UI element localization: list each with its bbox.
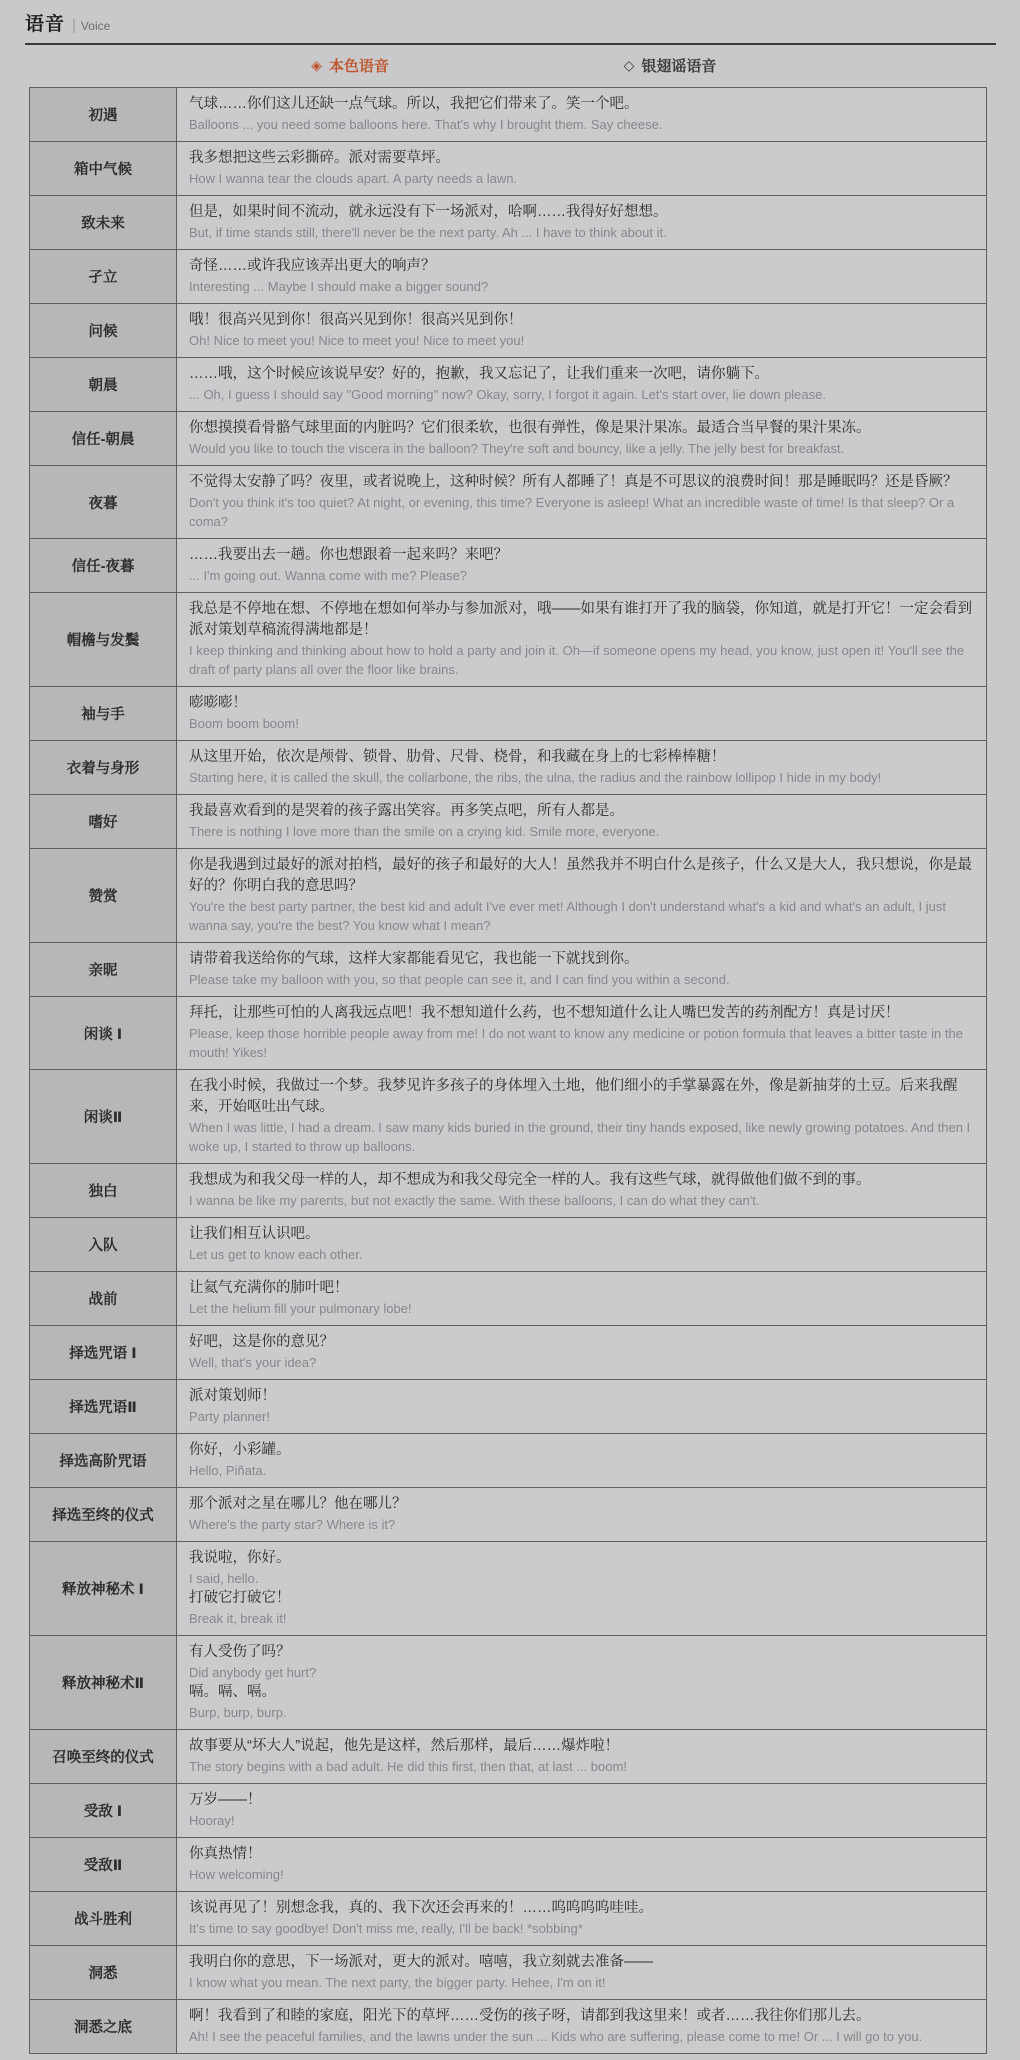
line-en: There is nothing I love more than the sm… <box>189 822 974 841</box>
row-label: 闲谈Ⅱ <box>30 1070 177 1163</box>
row-label: 箱中气候 <box>30 142 177 195</box>
line-zh: 有人受伤了吗？ <box>189 1642 974 1663</box>
line-zh: 我想成为和我父母一样的人，却不想成为和我父母完全一样的人。我有这些气球，就得做他… <box>189 1170 974 1191</box>
line-en: But, if time stands still, there'll neve… <box>189 223 974 242</box>
line-en: I wanna be like my parents, but not exac… <box>189 1191 974 1210</box>
line-zh: 哦！很高兴见到你！很高兴见到你！很高兴见到你！ <box>189 310 974 331</box>
table-row: 衣着与身形 从这里开始，依次是颅骨、锁骨、肋骨、尺骨、桡骨，和我藏在身上的七彩棒… <box>30 741 986 795</box>
row-label: 洞悉之底 <box>30 2000 177 2053</box>
row-label: 袖与手 <box>30 687 177 740</box>
table-row: 袖与手 嘭嘭嘭！Boom boom boom! <box>30 687 986 741</box>
row-lines: 从这里开始，依次是颅骨、锁骨、肋骨、尺骨、桡骨，和我藏在身上的七彩棒棒糖！Sta… <box>177 741 986 794</box>
line-en: I said, hello. <box>189 1569 974 1588</box>
title-separator: | <box>72 17 76 34</box>
table-row: 闲谈Ⅱ 在我小时候，我做过一个梦。我梦见许多孩子的身体埋入土地，他们细小的手掌暴… <box>30 1070 986 1164</box>
row-lines: 你真热情！How welcoming! <box>177 1838 986 1891</box>
line-zh: 气球……你们这儿还缺一点气球。所以，我把它们带来了。笑一个吧。 <box>189 94 974 115</box>
row-lines: 我想成为和我父母一样的人，却不想成为和我父母完全一样的人。我有这些气球，就得做他… <box>177 1164 986 1217</box>
line-en: How welcoming! <box>189 1865 974 1884</box>
row-lines: 有人受伤了吗？Did anybody get hurt?嗝。嗝、嗝。Burp, … <box>177 1636 986 1729</box>
table-row: 孑立 奇怪……或许我应该弄出更大的响声？Interesting ... Mayb… <box>30 250 986 304</box>
row-label: 择选至终的仪式 <box>30 1488 177 1541</box>
row-label: 受敌 Ⅰ <box>30 1784 177 1837</box>
line-zh: 我多想把这些云彩撕碎。派对需要草坪。 <box>189 148 974 169</box>
row-label: 信任-夜暮 <box>30 539 177 592</box>
tab-skin-voice[interactable]: ◇ 银翅谣语音 <box>510 55 830 76</box>
row-lines: 我总是不停地在想、不停地在想如何举办与参加派对，哦——如果有谁打开了我的脑袋，你… <box>177 593 986 686</box>
row-lines: ……我要出去一趟。你也想跟着一起来吗？来吧？... I'm going out.… <box>177 539 986 592</box>
tab-default-voice[interactable]: ◈ 本色语音 <box>190 55 510 76</box>
row-lines: 但是，如果时间不流动，就永远没有下一场派对，哈啊……我得好好想想。But, if… <box>177 196 986 249</box>
table-row: 亲昵 请带着我送给你的气球，这样大家都能看见它，我也能一下就找到你。Please… <box>30 943 986 997</box>
row-label: 入队 <box>30 1218 177 1271</box>
line-zh: 你是我遇到过最好的派对拍档，最好的孩子和最好的大人！虽然我并不明白什么是孩子，什… <box>189 855 974 897</box>
line-en: Well, that's your idea? <box>189 1353 974 1372</box>
row-lines: 在我小时候，我做过一个梦。我梦见许多孩子的身体埋入土地，他们细小的手掌暴露在外，… <box>177 1070 986 1163</box>
line-en: Don't you think it's too quiet? At night… <box>189 493 974 531</box>
line-en: Starting here, it is called the skull, t… <box>189 768 974 787</box>
line-en: Did anybody get hurt? <box>189 1663 974 1682</box>
table-row: 择选咒语Ⅱ 派对策划师！Party planner! <box>30 1380 986 1434</box>
table-row: 问候 哦！很高兴见到你！很高兴见到你！很高兴见到你！Oh! Nice to me… <box>30 304 986 358</box>
table-row: 战前 让氦气充满你的肺叶吧！Let the helium fill your p… <box>30 1272 986 1326</box>
tab-label: 本色语音 <box>329 55 389 76</box>
table-row: 洞悉 我明白你的意思，下一场派对，更大的派对。嘻嘻，我立刻就去准备——I kno… <box>30 1946 986 2000</box>
row-label: 择选高阶咒语 <box>30 1434 177 1487</box>
row-label: 朝晨 <box>30 358 177 411</box>
line-en: You're the best party partner, the best … <box>189 897 974 935</box>
row-lines: 我明白你的意思，下一场派对，更大的派对。嘻嘻，我立刻就去准备——I know w… <box>177 1946 986 1999</box>
row-label: 赞赏 <box>30 849 177 942</box>
filled-diamond-icon: ◈ <box>311 57 322 74</box>
row-lines: 故事要从“坏大人”说起，他先是这样，然后那样，最后……爆炸啦！The story… <box>177 1730 986 1783</box>
row-label: 信任-朝晨 <box>30 412 177 465</box>
row-label: 择选咒语 Ⅰ <box>30 1326 177 1379</box>
line-zh: 该说再见了！别想念我，真的、我下次还会再来的！……呜呜呜呜哇哇。 <box>189 1898 974 1919</box>
line-zh: 拜托，让那些可怕的人离我远点吧！我不想知道什么药，也不想知道什么让人嘴巴发苦的药… <box>189 1003 974 1024</box>
row-lines: 派对策划师！Party planner! <box>177 1380 986 1433</box>
row-label: 战前 <box>30 1272 177 1325</box>
table-row: 择选至终的仪式 那个派对之星在哪儿？他在哪儿？Where's the party… <box>30 1488 986 1542</box>
table-row: 受敌Ⅱ 你真热情！How welcoming! <box>30 1838 986 1892</box>
table-row: 嗜好 我最喜欢看到的是哭着的孩子露出笑容。再多笑点吧，所有人都是。There i… <box>30 795 986 849</box>
table-row: 召唤至终的仪式 故事要从“坏大人”说起，他先是这样，然后那样，最后……爆炸啦！T… <box>30 1730 986 1784</box>
row-label: 召唤至终的仪式 <box>30 1730 177 1783</box>
line-zh: ……哦，这个时候应该说早安？好的，抱歉，我又忘记了，让我们重来一次吧，请你躺下。 <box>189 364 974 385</box>
line-en: Balloons ... you need some balloons here… <box>189 115 974 134</box>
line-en: The story begins with a bad adult. He di… <box>189 1757 974 1776</box>
line-en: I know what you mean. The next party, th… <box>189 1973 974 1992</box>
line-zh: 但是，如果时间不流动，就永远没有下一场派对，哈啊……我得好好想想。 <box>189 202 974 223</box>
hollow-diamond-icon: ◇ <box>624 57 635 74</box>
row-lines: 你好，小彩罐。Hello, Piñata. <box>177 1434 986 1487</box>
table-row: 闲谈 Ⅰ 拜托，让那些可怕的人离我远点吧！我不想知道什么药，也不想知道什么让人嘴… <box>30 997 986 1070</box>
table-row: 洞悉之底 啊！我看到了和睦的家庭，阳光下的草坪……受伤的孩子呀，请都到我这里来！… <box>30 2000 986 2053</box>
row-label: 闲谈 Ⅰ <box>30 997 177 1069</box>
line-en: When I was little, I had a dream. I saw … <box>189 1118 974 1156</box>
row-label: 独白 <box>30 1164 177 1217</box>
table-row: 朝晨 ……哦，这个时候应该说早安？好的，抱歉，我又忘记了，让我们重来一次吧，请你… <box>30 358 986 412</box>
line-zh: 请带着我送给你的气球，这样大家都能看见它，我也能一下就找到你。 <box>189 949 974 970</box>
tab-label: 银翅谣语音 <box>641 55 716 76</box>
row-lines: 我多想把这些云彩撕碎。派对需要草坪。How I wanna tear the c… <box>177 142 986 195</box>
line-en: Where's the party star? Where is it? <box>189 1515 974 1534</box>
table-row: 战斗胜利 该说再见了！别想念我，真的、我下次还会再来的！……呜呜呜呜哇哇。It'… <box>30 1892 986 1946</box>
line-en: Interesting ... Maybe I should make a bi… <box>189 277 974 296</box>
row-lines: 好吧，这是你的意见？Well, that's your idea? <box>177 1326 986 1379</box>
line-en: Oh! Nice to meet you! Nice to meet you! … <box>189 331 974 350</box>
line-en: I keep thinking and thinking about how t… <box>189 641 974 679</box>
row-lines: 气球……你们这儿还缺一点气球。所以，我把它们带来了。笑一个吧。Balloons … <box>177 88 986 141</box>
row-label: 释放神秘术 Ⅰ <box>30 1542 177 1635</box>
row-label: 释放神秘术Ⅱ <box>30 1636 177 1729</box>
row-lines: 让我们相互认识吧。Let us get to know each other. <box>177 1218 986 1271</box>
voice-page: 语音 | Voice ◈ 本色语音 ◇ 银翅谣语音 初遇 气球……你们这儿还缺一… <box>0 0 1020 2054</box>
row-label: 受敌Ⅱ <box>30 1838 177 1891</box>
row-lines: 我最喜欢看到的是哭着的孩子露出笑容。再多笑点吧，所有人都是。There is n… <box>177 795 986 848</box>
table-row: 入队 让我们相互认识吧。Let us get to know each othe… <box>30 1218 986 1272</box>
table-row: 夜暮 不觉得太安静了吗？夜里，或者说晚上，这种时候？所有人都睡了！真是不可思议的… <box>30 466 986 539</box>
row-lines: 我说啦，你好。I said, hello.打破它打破它！Break it, br… <box>177 1542 986 1635</box>
line-zh: ……我要出去一趟。你也想跟着一起来吗？来吧？ <box>189 545 974 566</box>
row-lines: 哦！很高兴见到你！很高兴见到你！很高兴见到你！Oh! Nice to meet … <box>177 304 986 357</box>
line-en: It's time to say goodbye! Don't miss me,… <box>189 1919 974 1938</box>
line-en: Would you like to touch the viscera in t… <box>189 439 974 458</box>
voice-table: 初遇 气球……你们这儿还缺一点气球。所以，我把它们带来了。笑一个吧。Balloo… <box>29 87 987 2054</box>
line-zh: 故事要从“坏大人”说起，他先是这样，然后那样，最后……爆炸啦！ <box>189 1736 974 1757</box>
row-label: 夜暮 <box>30 466 177 538</box>
line-zh: 我明白你的意思，下一场派对，更大的派对。嘻嘻，我立刻就去准备—— <box>189 1952 974 1973</box>
line-zh: 我最喜欢看到的是哭着的孩子露出笑容。再多笑点吧，所有人都是。 <box>189 801 974 822</box>
line-en: ... Oh, I guess I should say "Good morni… <box>189 385 974 404</box>
row-lines: 让氦气充满你的肺叶吧！Let the helium fill your pulm… <box>177 1272 986 1325</box>
table-row: 独白 我想成为和我父母一样的人，却不想成为和我父母完全一样的人。我有这些气球，就… <box>30 1164 986 1218</box>
row-label: 孑立 <box>30 250 177 303</box>
line-zh: 奇怪……或许我应该弄出更大的响声？ <box>189 256 974 277</box>
voice-tabs: ◈ 本色语音 ◇ 银翅谣语音 <box>190 45 830 87</box>
row-lines: 你是我遇到过最好的派对拍档，最好的孩子和最好的大人！虽然我并不明白什么是孩子，什… <box>177 849 986 942</box>
line-zh: 嗝。嗝、嗝。 <box>189 1682 974 1703</box>
page-title: 语音 <box>25 9 65 36</box>
table-row: 释放神秘术Ⅱ 有人受伤了吗？Did anybody get hurt?嗝。嗝、嗝… <box>30 1636 986 1730</box>
line-zh: 我总是不停地在想、不停地在想如何举办与参加派对，哦——如果有谁打开了我的脑袋，你… <box>189 599 974 641</box>
row-label: 初遇 <box>30 88 177 141</box>
line-zh: 好吧，这是你的意见？ <box>189 1332 974 1353</box>
line-en: Boom boom boom! <box>189 714 974 733</box>
row-lines: 那个派对之星在哪儿？他在哪儿？Where's the party star? W… <box>177 1488 986 1541</box>
row-label: 洞悉 <box>30 1946 177 1999</box>
row-lines: ……哦，这个时候应该说早安？好的，抱歉，我又忘记了，让我们重来一次吧，请你躺下。… <box>177 358 986 411</box>
line-zh: 让氦气充满你的肺叶吧！ <box>189 1278 974 1299</box>
row-label: 嗜好 <box>30 795 177 848</box>
table-row: 致未来 但是，如果时间不流动，就永远没有下一场派对，哈啊……我得好好想想。But… <box>30 196 986 250</box>
line-zh: 嘭嘭嘭！ <box>189 693 974 714</box>
line-en: How I wanna tear the clouds apart. A par… <box>189 169 974 188</box>
row-lines: 拜托，让那些可怕的人离我远点吧！我不想知道什么药，也不想知道什么让人嘴巴发苦的药… <box>177 997 986 1069</box>
line-en: Let us get to know each other. <box>189 1245 974 1264</box>
row-lines: 奇怪……或许我应该弄出更大的响声？Interesting ... Maybe I… <box>177 250 986 303</box>
row-label: 致未来 <box>30 196 177 249</box>
row-label: 衣着与身形 <box>30 741 177 794</box>
line-zh: 从这里开始，依次是颅骨、锁骨、肋骨、尺骨、桡骨，和我藏在身上的七彩棒棒糖！ <box>189 747 974 768</box>
row-lines: 请带着我送给你的气球，这样大家都能看见它，我也能一下就找到你。Please ta… <box>177 943 986 996</box>
line-en: Please take my balloon with you, so that… <box>189 970 974 989</box>
table-row: 受敌 Ⅰ 万岁——！Hooray! <box>30 1784 986 1838</box>
line-zh: 让我们相互认识吧。 <box>189 1224 974 1245</box>
line-zh: 啊！我看到了和睦的家庭，阳光下的草坪……受伤的孩子呀，请都到我这里来！或者……我… <box>189 2006 974 2027</box>
line-zh: 打破它打破它！ <box>189 1588 974 1609</box>
row-lines: 你想摸摸看骨骼气球里面的内脏吗？它们很柔软，也很有弹性，像是果汁果冻。最适合当早… <box>177 412 986 465</box>
row-lines: 嘭嘭嘭！Boom boom boom! <box>177 687 986 740</box>
row-label: 择选咒语Ⅱ <box>30 1380 177 1433</box>
line-en: Burp, burp, burp. <box>189 1703 974 1722</box>
row-label: 战斗胜利 <box>30 1892 177 1945</box>
line-en: Hello, Piñata. <box>189 1461 974 1480</box>
table-row: 择选高阶咒语 你好，小彩罐。Hello, Piñata. <box>30 1434 986 1488</box>
line-en: Party planner! <box>189 1407 974 1426</box>
row-lines: 该说再见了！别想念我，真的、我下次还会再来的！……呜呜呜呜哇哇。It's tim… <box>177 1892 986 1945</box>
table-row: 信任-朝晨 你想摸摸看骨骼气球里面的内脏吗？它们很柔软，也很有弹性，像是果汁果冻… <box>30 412 986 466</box>
row-label: 问候 <box>30 304 177 357</box>
table-row: 帽檐与发鬓 我总是不停地在想、不停地在想如何举办与参加派对，哦——如果有谁打开了… <box>30 593 986 687</box>
table-row: 初遇 气球……你们这儿还缺一点气球。所以，我把它们带来了。笑一个吧。Balloo… <box>30 88 986 142</box>
line-zh: 万岁——！ <box>189 1790 974 1811</box>
row-lines: 啊！我看到了和睦的家庭，阳光下的草坪……受伤的孩子呀，请都到我这里来！或者……我… <box>177 2000 986 2053</box>
line-en: Please, keep those horrible people away … <box>189 1024 974 1062</box>
table-row: 释放神秘术 Ⅰ 我说啦，你好。I said, hello.打破它打破它！Brea… <box>30 1542 986 1636</box>
row-lines: 不觉得太安静了吗？夜里，或者说晚上，这种时候？所有人都睡了！真是不可思议的浪费时… <box>177 466 986 538</box>
line-en: Let the helium fill your pulmonary lobe! <box>189 1299 974 1318</box>
line-zh: 我说啦，你好。 <box>189 1548 974 1569</box>
line-zh: 你好，小彩罐。 <box>189 1440 974 1461</box>
line-en: ... I'm going out. Wanna come with me? P… <box>189 566 974 585</box>
row-lines: 万岁——！Hooray! <box>177 1784 986 1837</box>
row-label: 帽檐与发鬓 <box>30 593 177 686</box>
table-row: 择选咒语 Ⅰ 好吧，这是你的意见？Well, that's your idea? <box>30 1326 986 1380</box>
line-zh: 在我小时候，我做过一个梦。我梦见许多孩子的身体埋入土地，他们细小的手掌暴露在外，… <box>189 1076 974 1118</box>
line-zh: 不觉得太安静了吗？夜里，或者说晚上，这种时候？所有人都睡了！真是不可思议的浪费时… <box>189 472 974 493</box>
table-row: 箱中气候 我多想把这些云彩撕碎。派对需要草坪。How I wanna tear … <box>30 142 986 196</box>
table-row: 信任-夜暮 ……我要出去一趟。你也想跟着一起来吗？来吧？... I'm goin… <box>30 539 986 593</box>
line-en: Break it, break it! <box>189 1609 974 1628</box>
line-zh: 派对策划师！ <box>189 1386 974 1407</box>
table-row: 赞赏 你是我遇到过最好的派对拍档，最好的孩子和最好的大人！虽然我并不明白什么是孩… <box>30 849 986 943</box>
page-title-en: Voice <box>81 19 110 33</box>
line-zh: 你真热情！ <box>189 1844 974 1865</box>
line-zh: 你想摸摸看骨骼气球里面的内脏吗？它们很柔软，也很有弹性，像是果汁果冻。最适合当早… <box>189 418 974 439</box>
line-en: Ah! I see the peaceful families, and the… <box>189 2027 974 2046</box>
line-zh: 那个派对之星在哪儿？他在哪儿？ <box>189 1494 974 1515</box>
row-label: 亲昵 <box>30 943 177 996</box>
line-en: Hooray! <box>189 1811 974 1830</box>
page-header: 语音 | Voice <box>25 9 996 45</box>
